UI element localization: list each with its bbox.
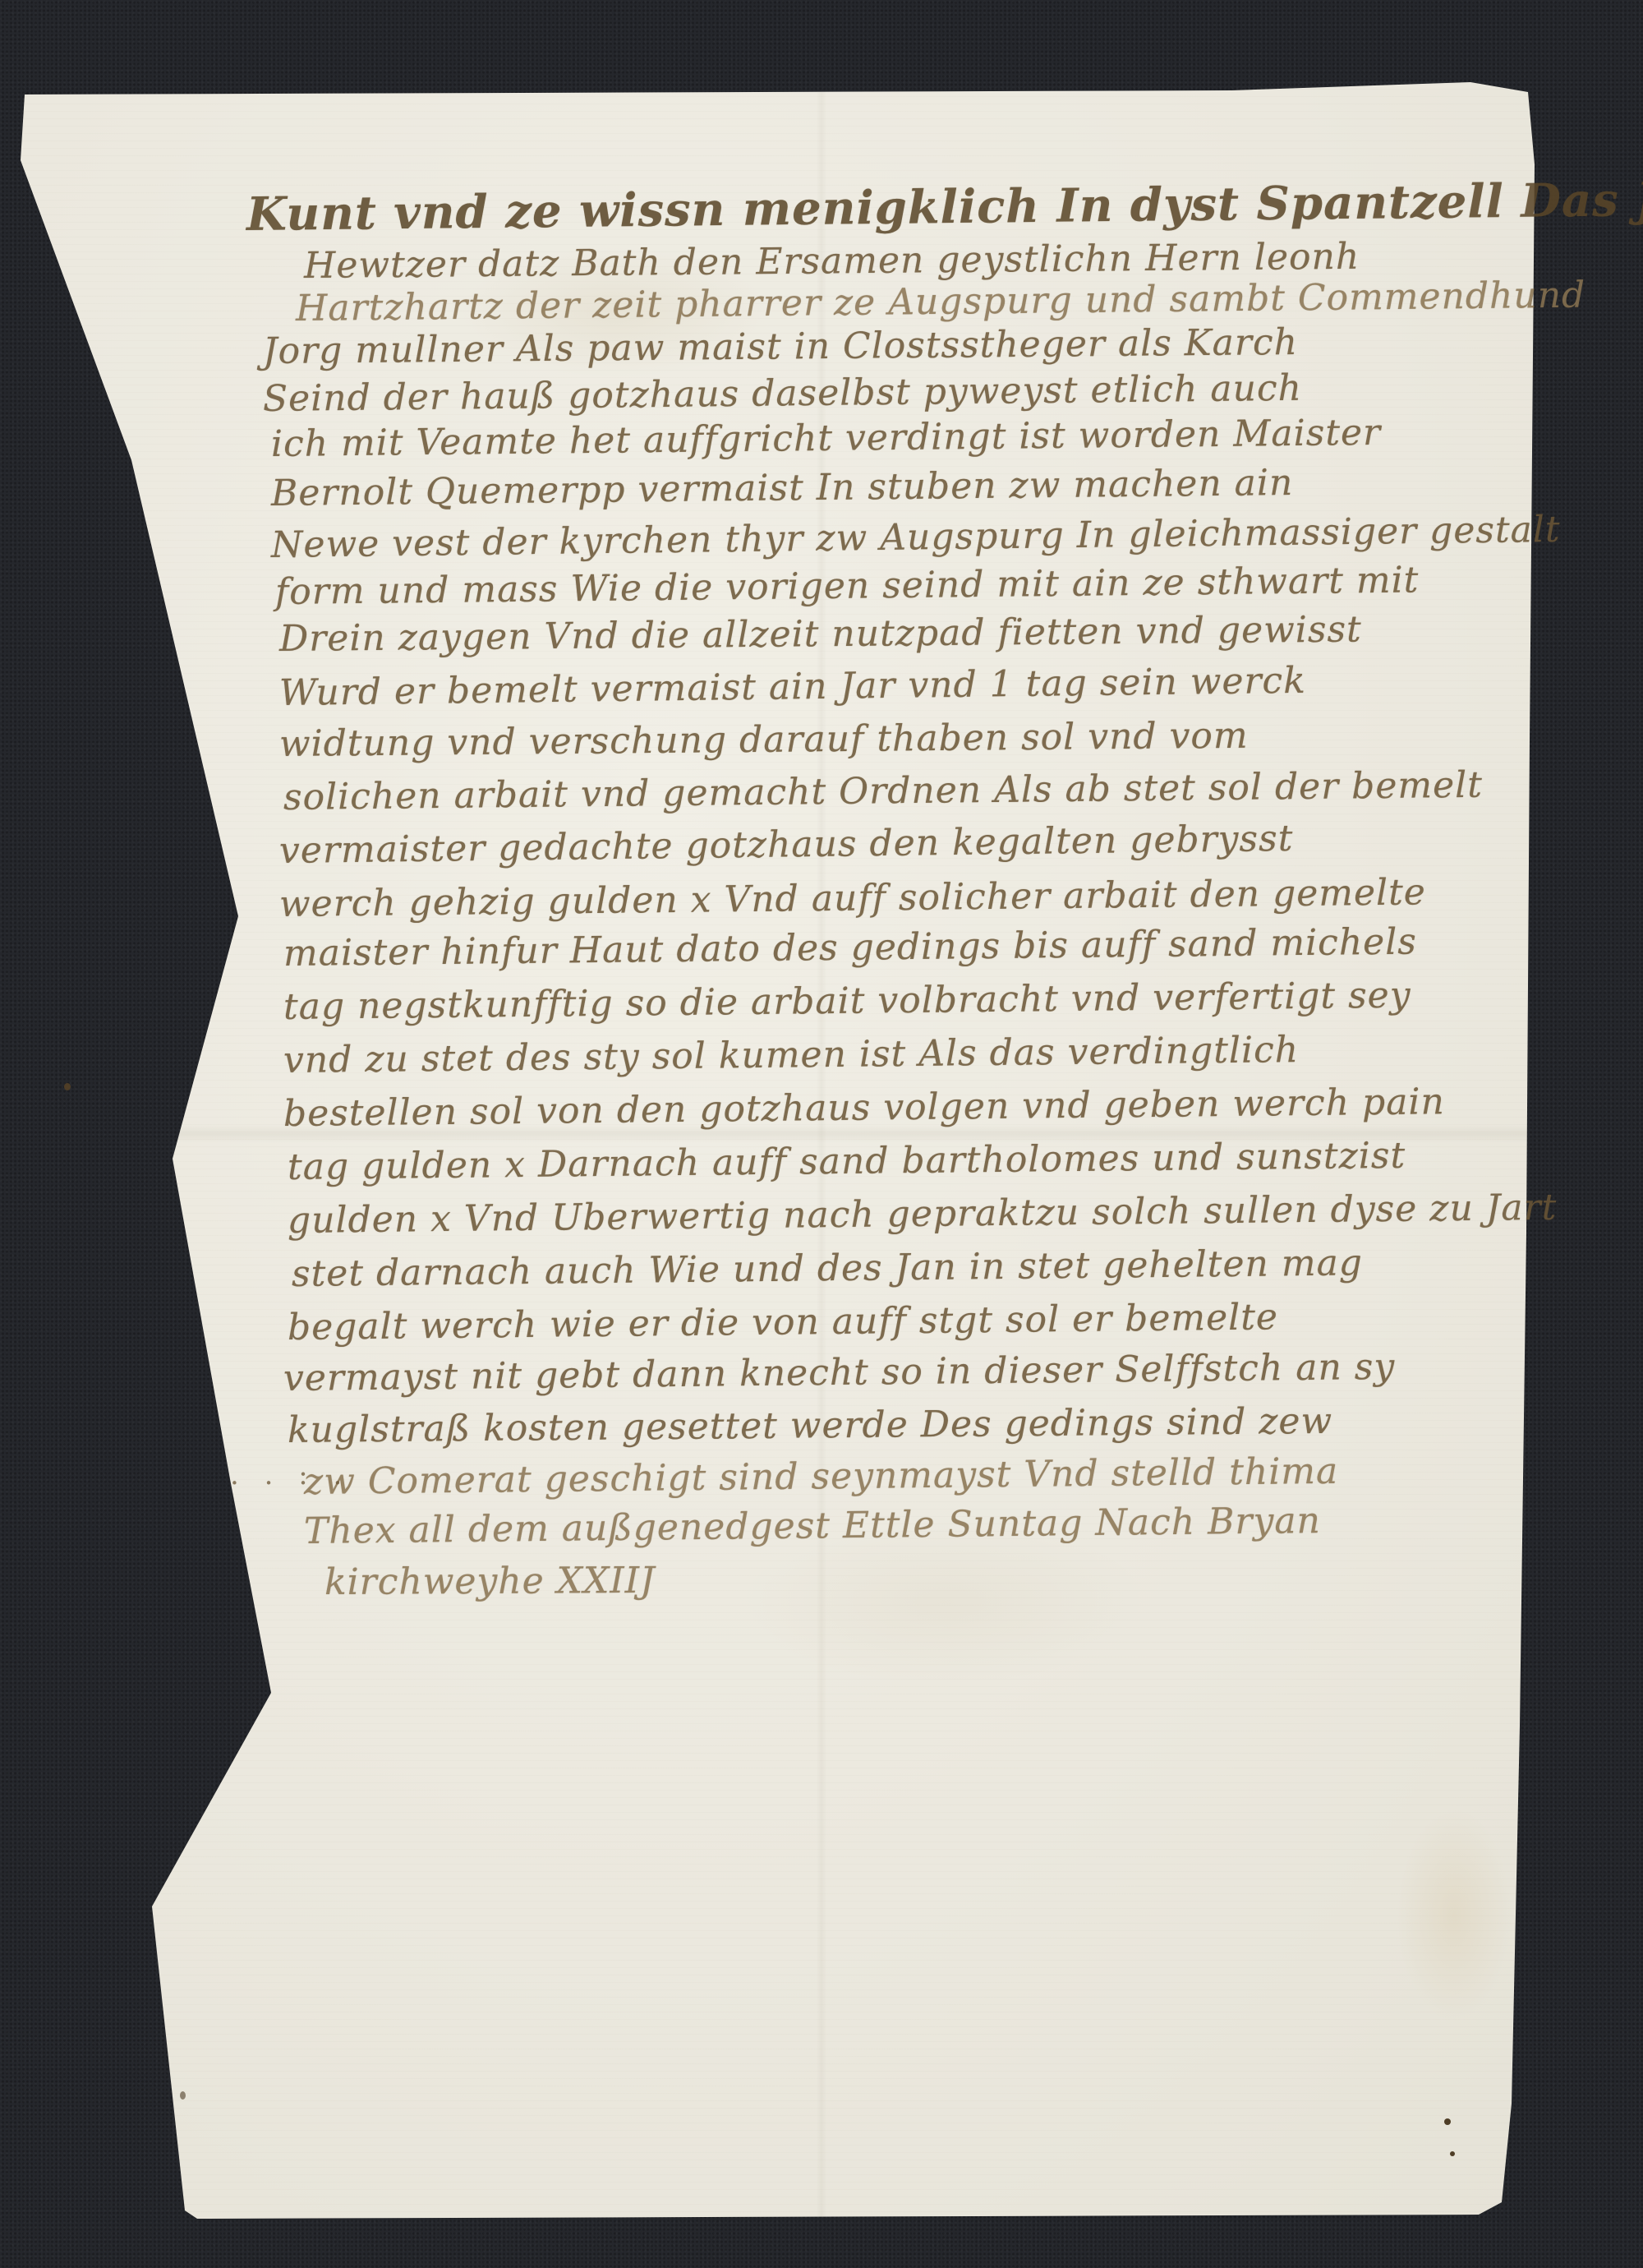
manuscript-line: tag negstkunfftig so die arbait volbrach…: [283, 975, 1411, 1028]
manuscript-line: vermayst nit gebt dann knecht so in dies…: [283, 1346, 1396, 1399]
manuscript-line: bestellen sol von den gotzhaus volgen vn…: [283, 1081, 1445, 1135]
manuscript-line: stet darnach auch Wie und des Jan in ste…: [292, 1242, 1363, 1295]
manuscript-line: kuglstraß kosten gesettet werde Des gedi…: [288, 1400, 1333, 1451]
manuscript-line: ich mit Veamte het auffgricht verdingt i…: [271, 412, 1382, 465]
manuscript-line: gulden x Vnd Uberwertig nach gepraktzu s…: [288, 1187, 1558, 1242]
manuscript-line: vermaister gedachte gotzhaus den kegalte…: [279, 818, 1294, 872]
manuscript-line: Seind der hauß gotzhaus daselbst pyweyst…: [263, 367, 1302, 420]
manuscript-line: Thex all dem außgenedgest Ettle Suntag N…: [304, 1500, 1321, 1552]
ink-spot: [1450, 2151, 1455, 2156]
manuscript-line: begalt werch wie er die von auff stgt so…: [288, 1296, 1278, 1348]
manuscript-line: tag gulden x Darnach auff sand bartholom…: [288, 1135, 1406, 1188]
manuscript-line: Wurd er bemelt vermaist ain Jar vnd 1 ta…: [279, 660, 1306, 714]
margin-marks: . . : .: [230, 1459, 350, 1491]
manuscript-line: solichen arbait vnd gemacht Ordnen Als a…: [283, 764, 1483, 818]
manuscript-line: maister hinfur Haut dato des gedings bis…: [283, 921, 1417, 975]
ink-spot: [180, 2091, 186, 2100]
handwritten-text-block: Kunt vnd ze wissn menigklich In dyst Spa…: [0, 0, 1643, 2268]
ink-spot: [1444, 2118, 1451, 2125]
ink-spot: [64, 1083, 71, 1090]
manuscript-line: kirchweyhe XXIIJ: [324, 1560, 656, 1603]
manuscript-line: Newe vest der kyrchen thyr zw Augspurg I…: [271, 509, 1561, 566]
manuscript-line: werch gehzig gulden x Vnd auff solicher …: [279, 871, 1426, 925]
manuscript-line: widtung vnd verschung darauf thaben sol …: [279, 715, 1249, 765]
manuscript-line: Bernolt Quemerpp vermaist In stuben zw m…: [271, 462, 1294, 514]
manuscript-line: Kunt vnd ze wissn menigklich In dyst Spa…: [246, 172, 1643, 242]
manuscript-line: vnd zu stet des sty sol kumen ist Als da…: [283, 1029, 1300, 1081]
manuscript-line: Jorg mullner Als paw maist in Clostssthe…: [263, 321, 1298, 372]
manuscript-line: zw Comerat geschigt sind seynmayst Vnd s…: [304, 1450, 1339, 1503]
manuscript-line: Drein zaygen Vnd die allzeit nutzpad fie…: [279, 609, 1362, 660]
manuscript-line: form und mass Wie die vorigen seind mit …: [275, 559, 1420, 613]
